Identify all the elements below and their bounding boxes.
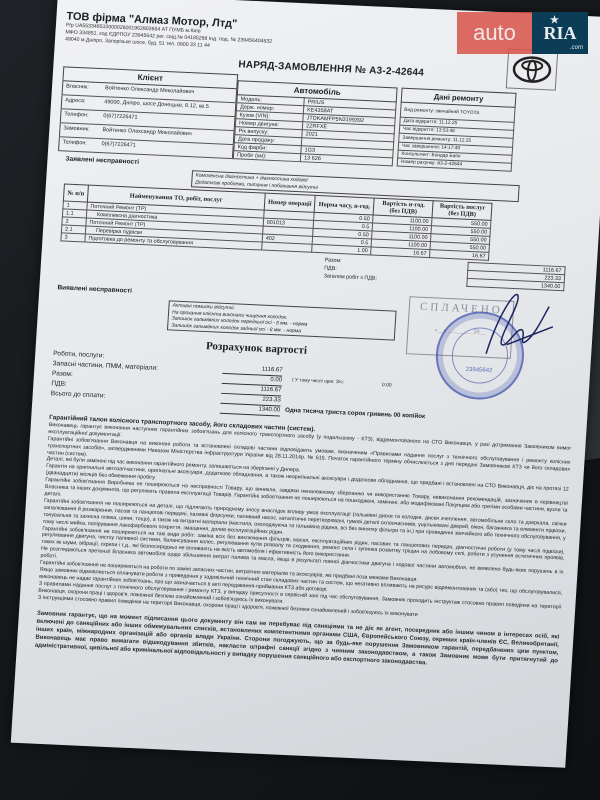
toyota-emblem-icon: [511, 55, 553, 85]
works-cell: 1.00: [312, 244, 371, 255]
star-icon: ★: [550, 15, 559, 26]
work-order-document: ТОВ фірма "Алмаз Мотор, Лтд" Р/р UA55334…: [11, 0, 600, 768]
works-cell: [262, 242, 313, 252]
autoria-watermark: auto ★ RIA .com: [457, 12, 588, 54]
watermark-com: .com: [570, 45, 583, 51]
amount-in-words: Одна тисяча триста сорок гривень 00 копі…: [285, 406, 426, 422]
calc-label: ПДВ:: [51, 379, 67, 390]
car-table: Автомобіль Модель:PRIUSДерж. номер:KE435…: [233, 80, 398, 166]
client-table: Клієнт Власник:Войтенко Олександр Микола…: [58, 66, 238, 159]
calc-label: Всього до сплати:: [50, 389, 105, 401]
works-cell: 16.67: [430, 250, 489, 261]
works-column-header: № п/п: [63, 184, 88, 202]
watermark-ria-text: RIA: [543, 23, 576, 44]
signature-icon: [465, 283, 560, 367]
toyota-logo: [506, 48, 558, 90]
original-parts-value: 0.00: [382, 380, 392, 390]
works-cell: 3: [61, 233, 85, 242]
watermark-ria: ★ RIA .com: [532, 12, 588, 54]
calc-value: 1340.00: [220, 403, 281, 417]
original-parts-note: ( У тому числі ориг. З/ч:: [292, 376, 344, 388]
warranty-section: Гарантійний талон колісного транспортног…: [38, 415, 572, 625]
client-label: Телефон:: [59, 137, 99, 153]
works-cell: 16.67: [371, 247, 430, 258]
car-label: Пробіг (км):: [233, 151, 300, 162]
watermark-auto: auto: [457, 12, 532, 54]
found-faults-box: Активні помилки відсутні.На прохання клі…: [167, 300, 397, 340]
repair-table: Дані ремонту Вид ремонту: звичайний TOYO…: [397, 88, 517, 172]
